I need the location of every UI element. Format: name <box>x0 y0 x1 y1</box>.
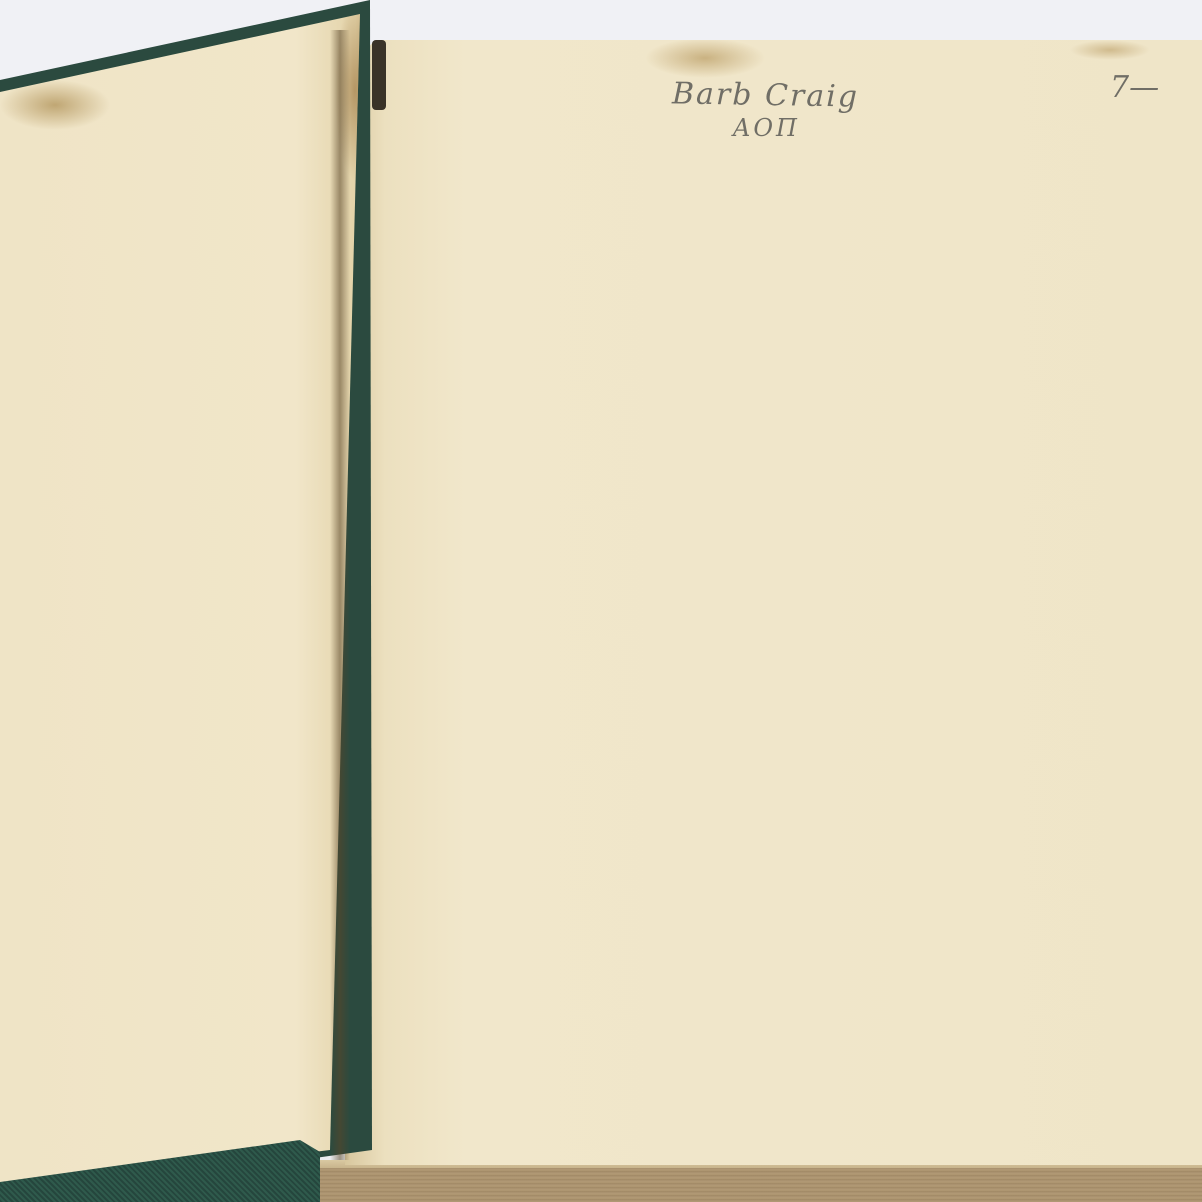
page-block-edge <box>310 1160 1202 1202</box>
book-photo: Barb Craig AOΠ 7— <box>0 0 1202 1202</box>
inscription-corner-mark: 7— <box>1110 70 1159 105</box>
inscription-sorority: AOΠ <box>733 114 800 142</box>
inscription-name: Barb Craig <box>672 76 860 114</box>
left-pastedown <box>0 0 370 1202</box>
torn-spine-binding <box>372 40 386 110</box>
gutter-hinge <box>330 30 350 1160</box>
right-endpaper <box>345 40 1202 1165</box>
